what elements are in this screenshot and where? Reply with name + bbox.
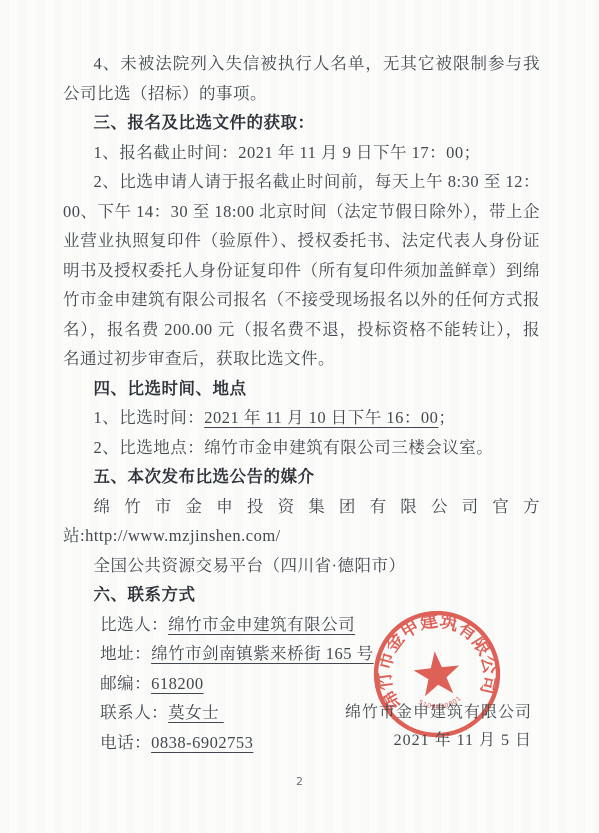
signature-date: 2021 年 11 月 5 日 [345,727,532,755]
signature-block: 绵竹市金申建筑有限公司 2021 年 11 月 5 日 [345,699,532,754]
text-segment: 4、未被法院列入失信被执行人名单，无其它被限制参与我公司比选（招标）的事项。 [63,54,540,103]
text-segment: 四、比选时间、地点 [94,379,247,398]
underlined-value: 绵竹市金申建筑有限公司 [168,615,355,634]
paragraph: 2、比选申请人请于报名截止时间前，每天上午 8:30 至 12：00、下午 14… [63,167,540,374]
text-segment: 邮编： [100,674,151,693]
text-segment: 绵竹市金申投资集团有限公司官方站:http://www.mzjinshen.co… [63,497,540,546]
section-heading: 五、本次发布比选公告的媒介 [63,462,540,492]
section-heading: 四、比选时间、地点 [63,374,540,404]
text-segment: 1、比选时间： [94,408,205,427]
paragraph: 4、未被法院列入失信被执行人名单，无其它被限制参与我公司比选（招标）的事项。 [63,49,540,108]
underlined-value: 0838-6902753 [151,733,253,752]
text-segment: 全国公共资源交易平台（四川省·德阳市） [94,556,406,575]
document-body: 4、未被法院列入失信被执行人名单，无其它被限制参与我公司比选（招标）的事项。三、… [0,0,599,757]
text-segment: 1、报名截止时间：2021 年 11 月 9 日下午 17：00； [94,143,481,162]
text-segment: 联系人： [100,703,168,722]
text-segment: 电话： [100,733,151,752]
page-number: 2 [0,775,599,788]
paragraph: 1、报名截止时间：2021 年 11 月 9 日下午 17：00； [63,138,540,168]
text-segment: 比选人： [100,615,168,634]
paragraph: 全国公共资源交易平台（四川省·德阳市） [63,551,540,581]
text-segment: ； [438,408,455,427]
section-heading: 三、报名及比选文件的获取： [63,108,540,138]
underlined-value: 2021 年 11 月 10 日下午 16：00 [204,408,438,427]
text-segment: 六、联系方式 [94,585,196,604]
underlined-value: 莫女士 [168,703,224,722]
text-segment: 五、本次发布比选公告的媒介 [94,467,315,486]
text-segment: 三、报名及比选文件的获取： [94,113,315,132]
signature-company: 绵竹市金申建筑有限公司 [345,699,532,727]
text-segment: 2、比选地点：绵竹市金申建筑有限公司三楼会议室。 [94,438,494,457]
underlined-value: 618200 [151,674,204,693]
document-page: 4、未被法院列入失信被执行人名单，无其它被限制参与我公司比选（招标）的事项。三、… [0,0,599,833]
underlined-value: 绵竹市剑南镇紫来桥街 165 号 [151,644,374,663]
paragraph: 2、比选地点：绵竹市金申建筑有限公司三楼会议室。 [63,433,540,463]
paragraph: 1、比选时间：2021 年 11 月 10 日下午 16：00； [63,403,540,433]
seal-star-icon [412,649,462,697]
paragraph: 绵竹市金申投资集团有限公司官方站:http://www.mzjinshen.co… [63,492,540,551]
text-segment: 2、比选申请人请于报名截止时间前，每天上午 8:30 至 12：00、下午 14… [63,172,540,368]
text-segment: 地址： [100,644,151,663]
